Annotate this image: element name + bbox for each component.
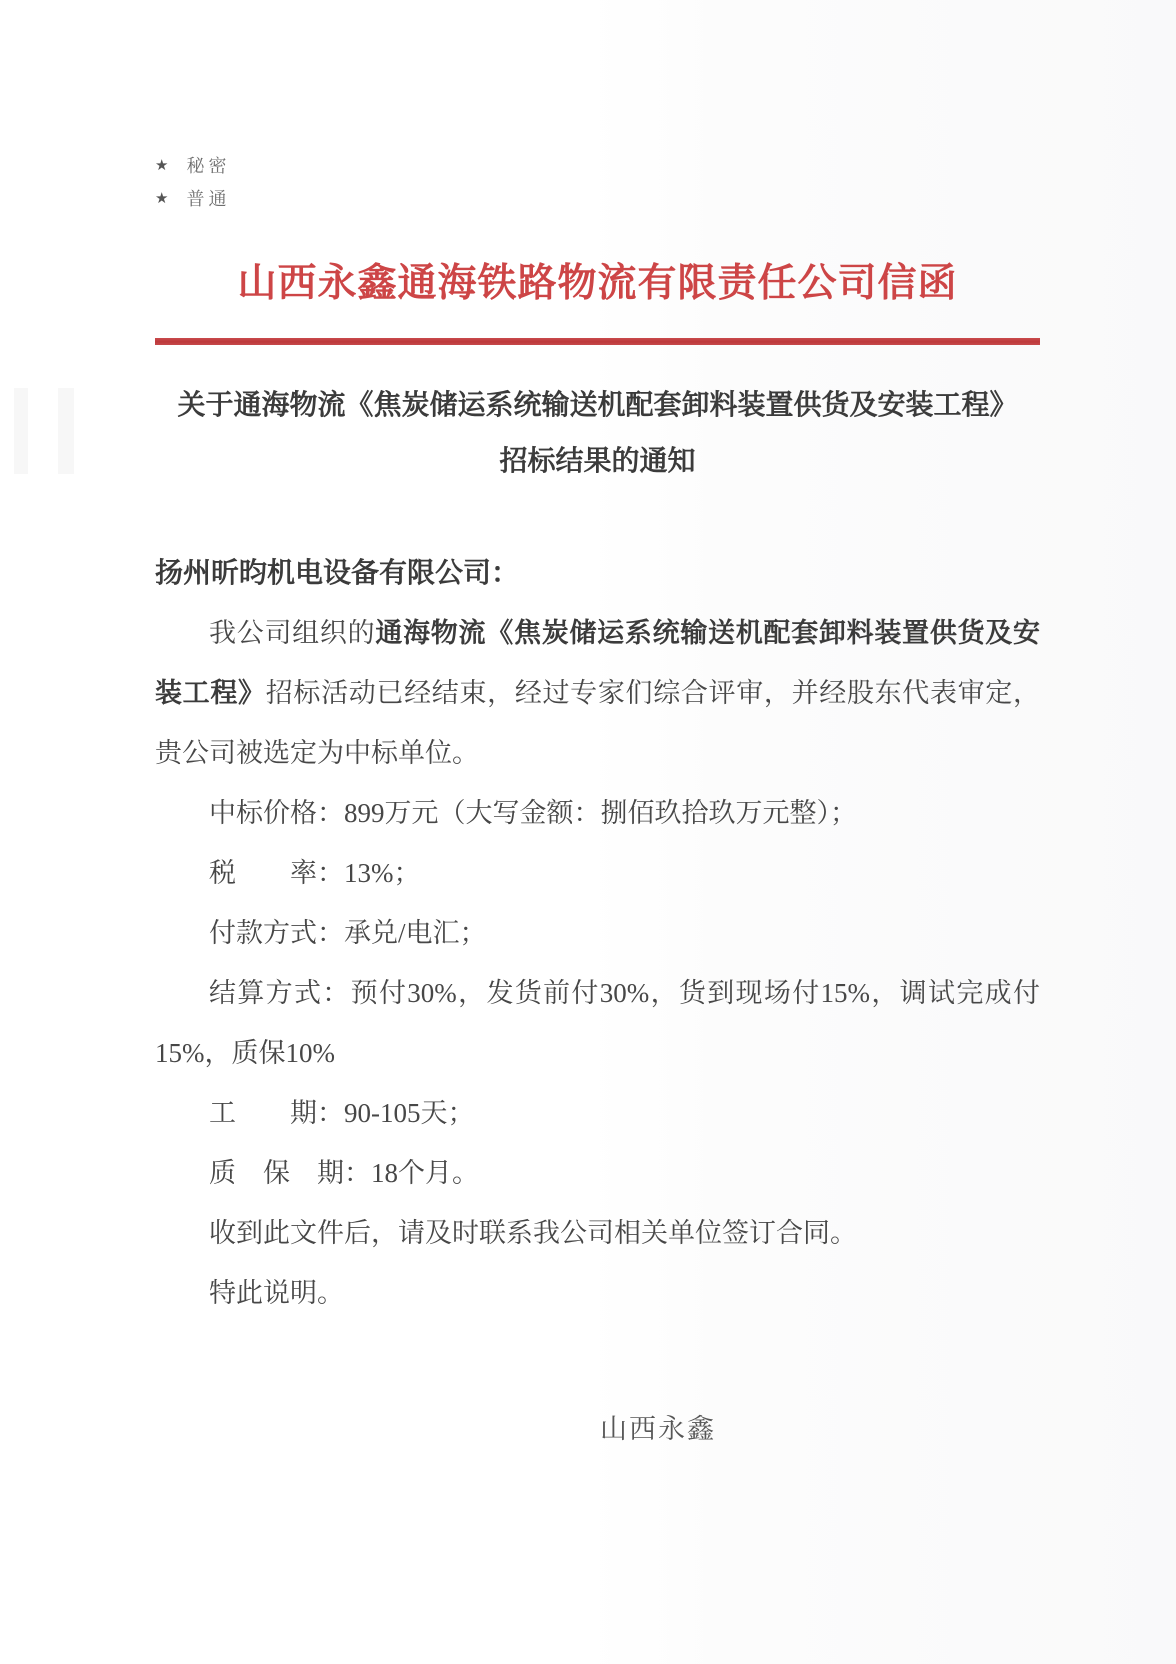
classification-marks: ★ 秘密 ★ 普通 — [155, 148, 1040, 214]
classification-ordinary: ★ 普通 — [155, 181, 1040, 214]
document-subject: 关于通海物流《焦炭储运系统输送机配套卸料装置供货及安装工程》 招标结果的通知 — [155, 377, 1040, 489]
tax-rate-line: 税 率：13%； — [155, 843, 1040, 903]
settlement-terms-line: 结算方式：预付30%，发货前付30%，货到现场付15%，调试完成付15%，质保1… — [155, 963, 1040, 1083]
document-page: ★ 秘密 ★ 普通 山西永鑫通海铁路物流有限责任公司信函 关于通海物流《焦炭储运… — [0, 0, 1176, 1664]
contract-instruction-line: 收到此文件后，请及时联系我公司相关单位签订合同。 — [155, 1203, 1040, 1263]
subject-line-2: 招标结果的通知 — [155, 433, 1040, 489]
classification-ordinary-label: 普通 — [186, 185, 230, 211]
para1-suffix: 招标活动已经结束，经过专家们综合评审，并经股东代表审定，贵公司被选定为中标单位。 — [155, 678, 1040, 768]
para1-prefix: 我公司组织的 — [209, 618, 375, 648]
salutation: 扬州昕昀机电设备有限公司： — [155, 551, 1040, 595]
letterhead-divider — [155, 338, 1040, 345]
subject-line-1: 关于通海物流《焦炭储运系统输送机配套卸料装置供货及安装工程》 — [155, 377, 1040, 433]
classification-secret: ★ 秘密 — [155, 148, 1040, 181]
scan-artifact — [14, 388, 80, 474]
closing-line: 特此说明。 — [155, 1263, 1040, 1323]
document-body: 我公司组织的通海物流《焦炭储运系统输送机配套卸料装置供货及安装工程》招标活动已经… — [155, 603, 1040, 1323]
intro-paragraph: 我公司组织的通海物流《焦炭储运系统输送机配套卸料装置供货及安装工程》招标活动已经… — [155, 603, 1040, 783]
star-icon: ★ — [155, 156, 168, 174]
construction-period-line: 工 期：90-105天； — [155, 1083, 1040, 1143]
warranty-period-line: 质 保 期：18个月。 — [155, 1143, 1040, 1203]
signature: 山西永鑫 — [600, 1407, 1040, 1446]
letterhead-title: 山西永鑫通海铁路物流有限责任公司信函 — [155, 252, 1040, 308]
payment-method-line: 付款方式：承兑/电汇； — [155, 903, 1040, 963]
bid-price-line: 中标价格：899万元（大写金额：捌佰玖拾玖万元整）； — [155, 783, 1040, 843]
classification-secret-label: 秘密 — [186, 152, 230, 178]
star-icon: ★ — [155, 189, 168, 207]
